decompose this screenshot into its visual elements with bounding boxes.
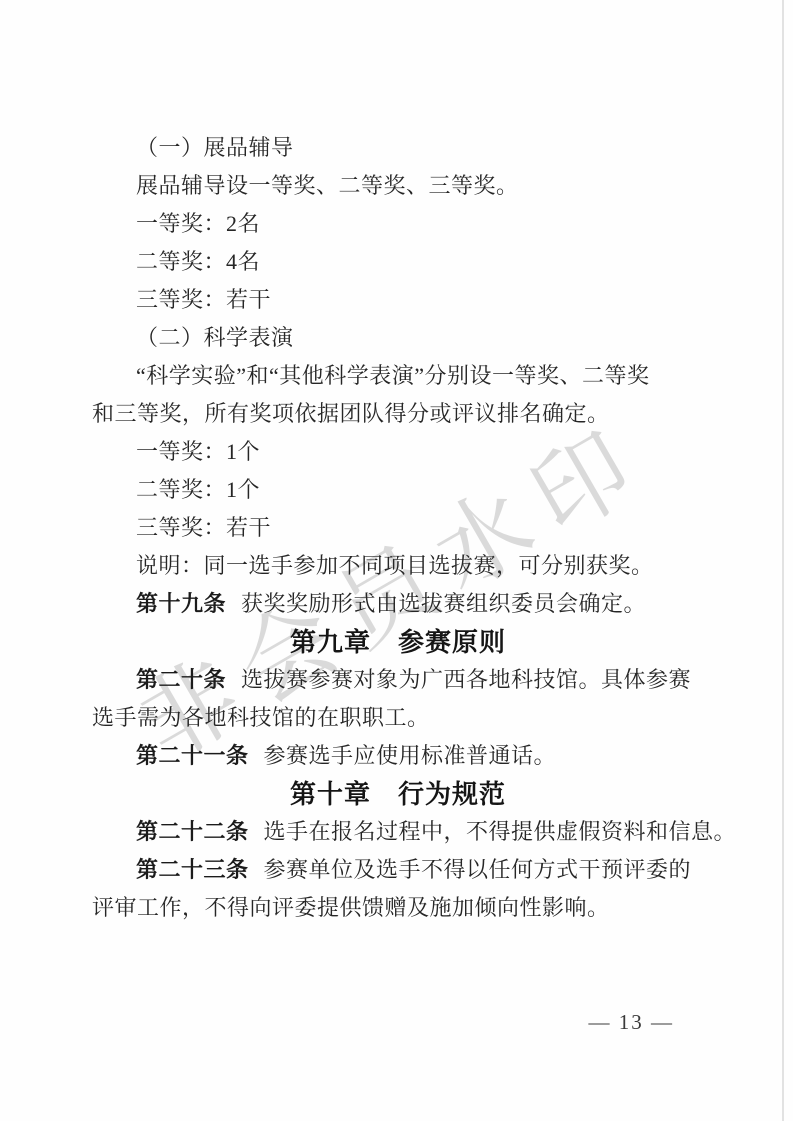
line-text: 参赛选手应使用标准普通话。 bbox=[264, 743, 557, 768]
text-line: 展品辅导设一等奖、二等奖、三等奖。 bbox=[92, 167, 704, 205]
article-number: 第二十一条 bbox=[136, 743, 249, 768]
line-text: 选拔赛参赛对象为广西各地科技馆。具体参赛 bbox=[241, 667, 691, 692]
document-page: 非会员水印 （一）展品辅导展品辅导设一等奖、二等奖、三等奖。一等奖：2名二等奖：… bbox=[0, 0, 793, 1121]
text-line: “科学实验”和“其他科学表演”分别设一等奖、二等奖 bbox=[92, 357, 704, 395]
line-text: 选手在报名过程中，不得提供虚假资料和信息。 bbox=[264, 819, 737, 844]
text-line: 评审工作，不得向评委提供馈赠及施加倾向性影响。 bbox=[92, 889, 704, 927]
article-number: 第二十三条 bbox=[136, 857, 249, 882]
text-line: 第二十三条参赛单位及选手不得以任何方式干预评委的 bbox=[92, 851, 704, 889]
text-line: （二）科学表演 bbox=[92, 319, 704, 357]
article-number: 第十九条 bbox=[136, 591, 226, 616]
document-body: （一）展品辅导展品辅导设一等奖、二等奖、三等奖。一等奖：2名二等奖：4名三等奖：… bbox=[92, 129, 704, 927]
text-line: （一）展品辅导 bbox=[92, 129, 704, 167]
line-text: 获奖奖励形式由选拔赛组织委员会确定。 bbox=[241, 591, 646, 616]
chapter-heading: 第九章 参赛原则 bbox=[92, 623, 704, 661]
article-number: 第二十条 bbox=[136, 667, 226, 692]
text-line: 二等奖：1个 bbox=[92, 471, 704, 509]
text-line: 一等奖：1个 bbox=[92, 433, 704, 471]
text-line: 第十九条获奖奖励形式由选拔赛组织委员会确定。 bbox=[92, 585, 704, 623]
text-line: 二等奖：4名 bbox=[92, 243, 704, 281]
text-line: 选手需为各地科技馆的在职职工。 bbox=[92, 699, 704, 737]
text-line: 说明：同一选手参加不同项目选拔赛，可分别获奖。 bbox=[92, 547, 704, 585]
line-text: 参赛单位及选手不得以任何方式干预评委的 bbox=[264, 857, 692, 882]
text-line: 三等奖：若干 bbox=[92, 281, 704, 319]
article-number: 第二十二条 bbox=[136, 819, 249, 844]
chapter-heading: 第十章 行为规范 bbox=[92, 775, 704, 813]
text-line: 和三等奖，所有奖项依据团队得分或评议排名确定。 bbox=[92, 395, 704, 433]
text-line: 第二十条选拔赛参赛对象为广西各地科技馆。具体参赛 bbox=[92, 661, 704, 699]
text-line: 第二十二条选手在报名过程中，不得提供虚假资料和信息。 bbox=[92, 813, 704, 851]
text-line: 三等奖：若干 bbox=[92, 509, 704, 547]
text-line: 一等奖：2名 bbox=[92, 205, 704, 243]
scan-edge-line bbox=[782, 0, 784, 1121]
page-number: — 13 — bbox=[589, 1007, 675, 1037]
text-line: 第二十一条参赛选手应使用标准普通话。 bbox=[92, 737, 704, 775]
